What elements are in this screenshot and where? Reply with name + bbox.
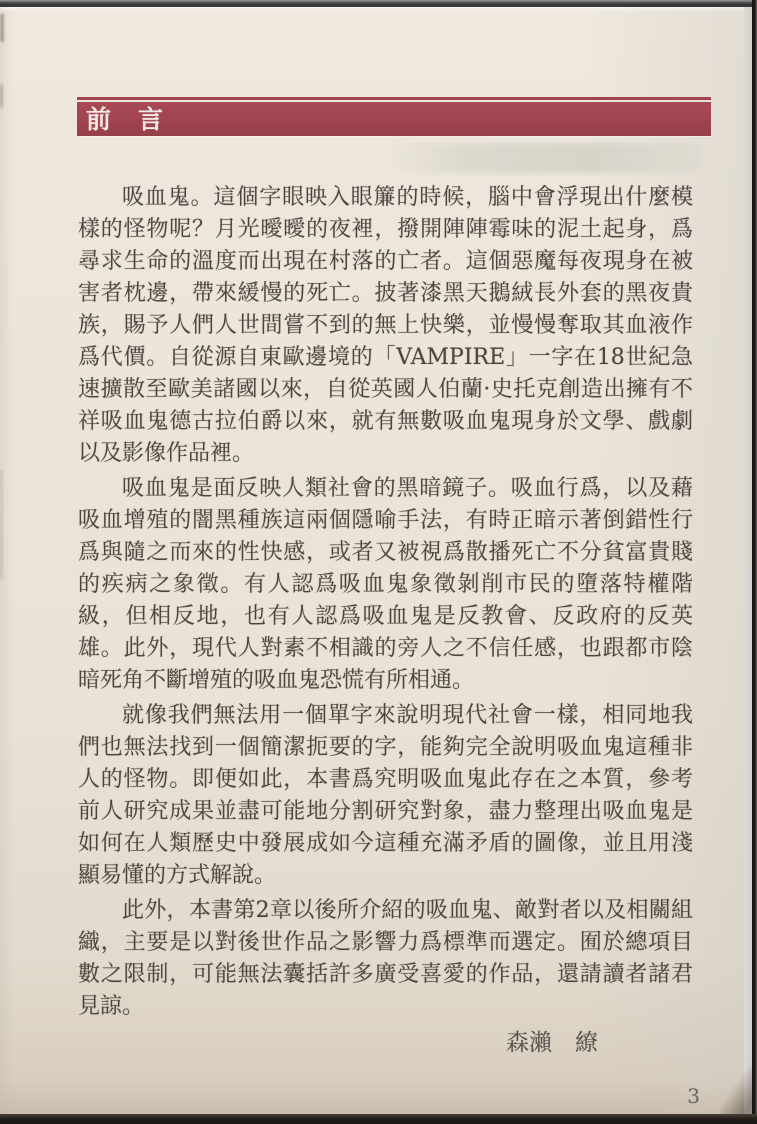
paragraph: 就像我們無法用一個單字來說明現代社會一樣，相同地我們也無法找到一個簡潔扼要的字，… xyxy=(78,700,693,892)
paragraph: 此外，本書第2章以後所介紹的吸血鬼、敵對者以及相關組織，主要是以對後世作品之影響… xyxy=(78,895,693,1023)
author-signature: 森瀨 繚 xyxy=(78,1028,693,1058)
page-corner-shadow xyxy=(720,1060,752,1114)
scan-edge-top xyxy=(0,0,757,7)
scan-edge-artifact xyxy=(0,84,3,108)
paragraph: 吸血鬼是面反映人類社會的黑暗鏡子。吸血行爲，以及藉吸血增殖的闇黑種族這兩個隱喻手… xyxy=(78,473,693,697)
scan-smudge-artifact xyxy=(388,143,702,173)
scan-edge-artifact xyxy=(0,14,4,42)
section-header-bar: 前 言 xyxy=(77,102,711,136)
scan-edge-artifact xyxy=(0,470,3,580)
header-rule xyxy=(77,97,711,100)
scanned-book-page: 前 言 吸血鬼。這個字眼映入眼簾的時候，腦中會浮現出什麼模樣的怪物呢？月光曖曖的… xyxy=(0,0,757,1124)
paragraph: 吸血鬼。這個字眼映入眼簾的時候，腦中會浮現出什麼模樣的怪物呢？月光曖曖的夜裡，撥… xyxy=(78,182,693,470)
scan-edge-right-gray xyxy=(744,7,752,1114)
preface-body: 吸血鬼。這個字眼映入眼簾的時候，腦中會浮現出什麼模樣的怪物呢？月光曖曖的夜裡，撥… xyxy=(78,182,693,1026)
page-title: 前 言 xyxy=(77,107,164,132)
page-number: 3 xyxy=(687,1084,700,1108)
scan-edge-top-glow xyxy=(0,7,752,13)
scan-edge-right-dark xyxy=(752,0,757,1124)
scan-edge-bottom xyxy=(0,1114,757,1124)
